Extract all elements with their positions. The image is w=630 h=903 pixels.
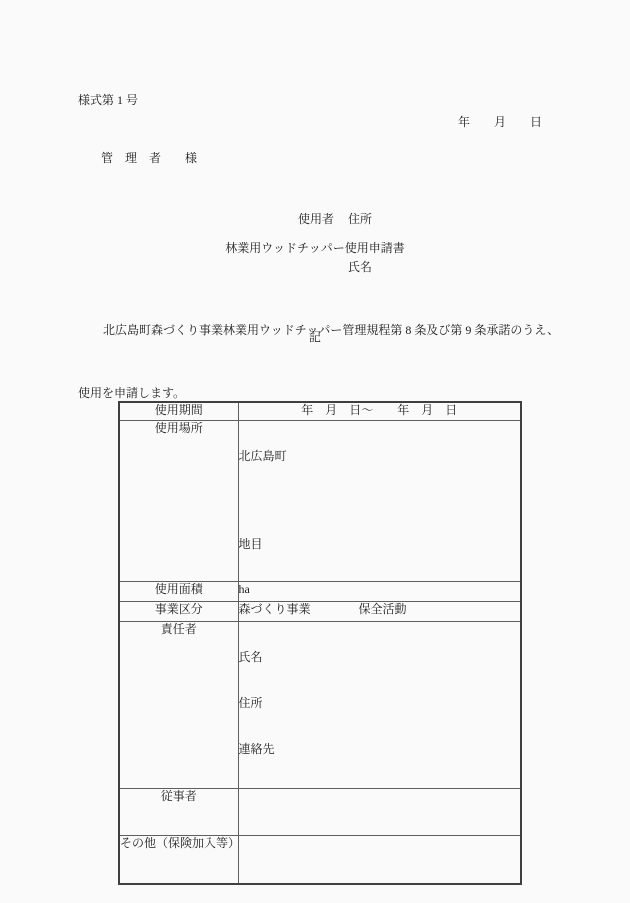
usage-place-row: 使用場所 北広島町 地目 — [119, 420, 521, 581]
usage-place-landtype: 地目 — [239, 537, 521, 553]
addressee-line: 管 理 者 様 — [101, 151, 197, 165]
date-line: 年 月 日 — [458, 115, 542, 129]
usage-place-town: 北広島町 — [239, 449, 521, 465]
responsible-contact-label: 連絡先 — [239, 742, 521, 760]
usage-place-value: 北広島町 地目 — [238, 420, 521, 581]
other-insurance-value — [238, 835, 521, 884]
responsible-person-label: 責任者 — [119, 621, 238, 788]
applicant-name-row: 氏名 — [298, 260, 372, 280]
applicant-address-row: 使用者住所 — [298, 212, 372, 232]
workers-row: 従事者 — [119, 788, 521, 835]
business-category-label: 事業区分 — [119, 601, 238, 621]
usage-place-blank — [239, 493, 521, 509]
application-table: 使用期間 年 月 日～ 年 月 日 使用場所 北広島町 地目 使用面積 ha 事… — [118, 401, 522, 885]
usage-place-label: 使用場所 — [119, 420, 238, 581]
applicant-label: 使用者 — [298, 212, 334, 226]
other-insurance-row: その他（保険加入等） — [119, 835, 521, 884]
usage-period-row: 使用期間 年 月 日～ 年 月 日 — [119, 402, 521, 420]
applicant-address-label: 住所 — [348, 212, 372, 226]
responsible-address-label: 住所 — [239, 696, 521, 714]
document-title: 林業用ウッドチッパー使用申請書 — [0, 241, 630, 255]
form-number: 様式第 1 号 — [78, 93, 138, 107]
record-marker: 記 — [0, 330, 630, 344]
usage-area-value: ha — [238, 581, 521, 601]
responsible-person-value: 氏名 住所 連絡先 — [238, 621, 521, 788]
responsible-person-row: 責任者 氏名 住所 連絡先 — [119, 621, 521, 788]
usage-area-row: 使用面積 ha — [119, 581, 521, 601]
workers-value — [238, 788, 521, 835]
other-insurance-label: その他（保険加入等） — [119, 835, 238, 884]
usage-area-label: 使用面積 — [119, 581, 238, 601]
workers-label: 従事者 — [119, 788, 238, 835]
document-page: 様式第 1 号 年 月 日 管 理 者 様 使用者住所 氏名 林業用ウッドチッパ… — [0, 0, 630, 903]
usage-period-label: 使用期間 — [119, 402, 238, 420]
responsible-name-label: 氏名 — [239, 650, 521, 668]
business-category-row: 事業区分 森づくり事業 保全活動 — [119, 601, 521, 621]
usage-period-value: 年 月 日～ 年 月 日 — [238, 402, 521, 420]
business-category-value: 森づくり事業 保全活動 — [238, 601, 521, 621]
applicant-name-label: 氏名 — [348, 260, 372, 274]
